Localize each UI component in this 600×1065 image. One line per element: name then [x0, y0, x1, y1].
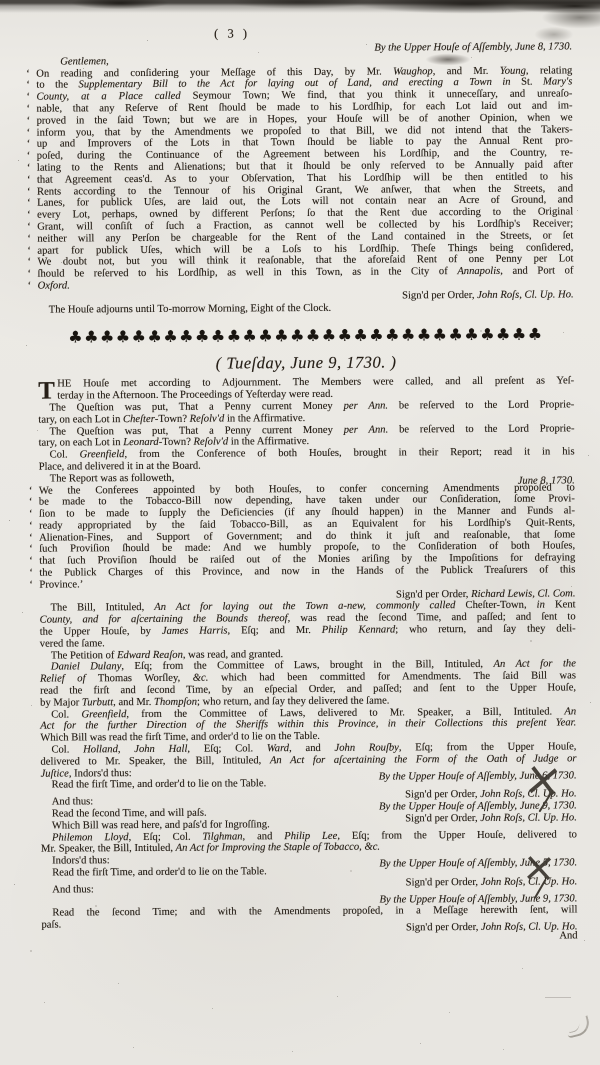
session-heading: ( Tueſday, June 9, 1730. ) [38, 350, 574, 376]
ornament-row: ♣♣♣♣♣♣♣♣♣♣♣♣♣♣♣♣♣♣♣♣♣♣♣♣♣♣♣♣♣♣ [38, 322, 574, 351]
paragraph-dropcap: THE Houſe met according to Adjournment. … [38, 376, 574, 403]
pen-x-mark-1: × [521, 749, 565, 809]
scan-artifact-top-band [0, 0, 600, 16]
paper-smudges [0, 0, 2, 2]
text-line-pair: paſs.Sign'd per Order, John Roſs, Cl. Up… [41, 917, 577, 932]
scanned-document-page: ( 3 )By the Upper Houſe of Aſſembly, Jun… [0, 0, 600, 1065]
text-block: ( 3 )By the Upper Houſe of Aſſembly, Jun… [36, 23, 578, 945]
paper-speckles [0, 0, 1, 1]
right-aligned-line: And [42, 930, 578, 945]
pen-x-mark-2: × [521, 842, 558, 892]
corner-scribble-mark [564, 1015, 592, 1038]
faint-dash-mark [545, 997, 571, 998]
